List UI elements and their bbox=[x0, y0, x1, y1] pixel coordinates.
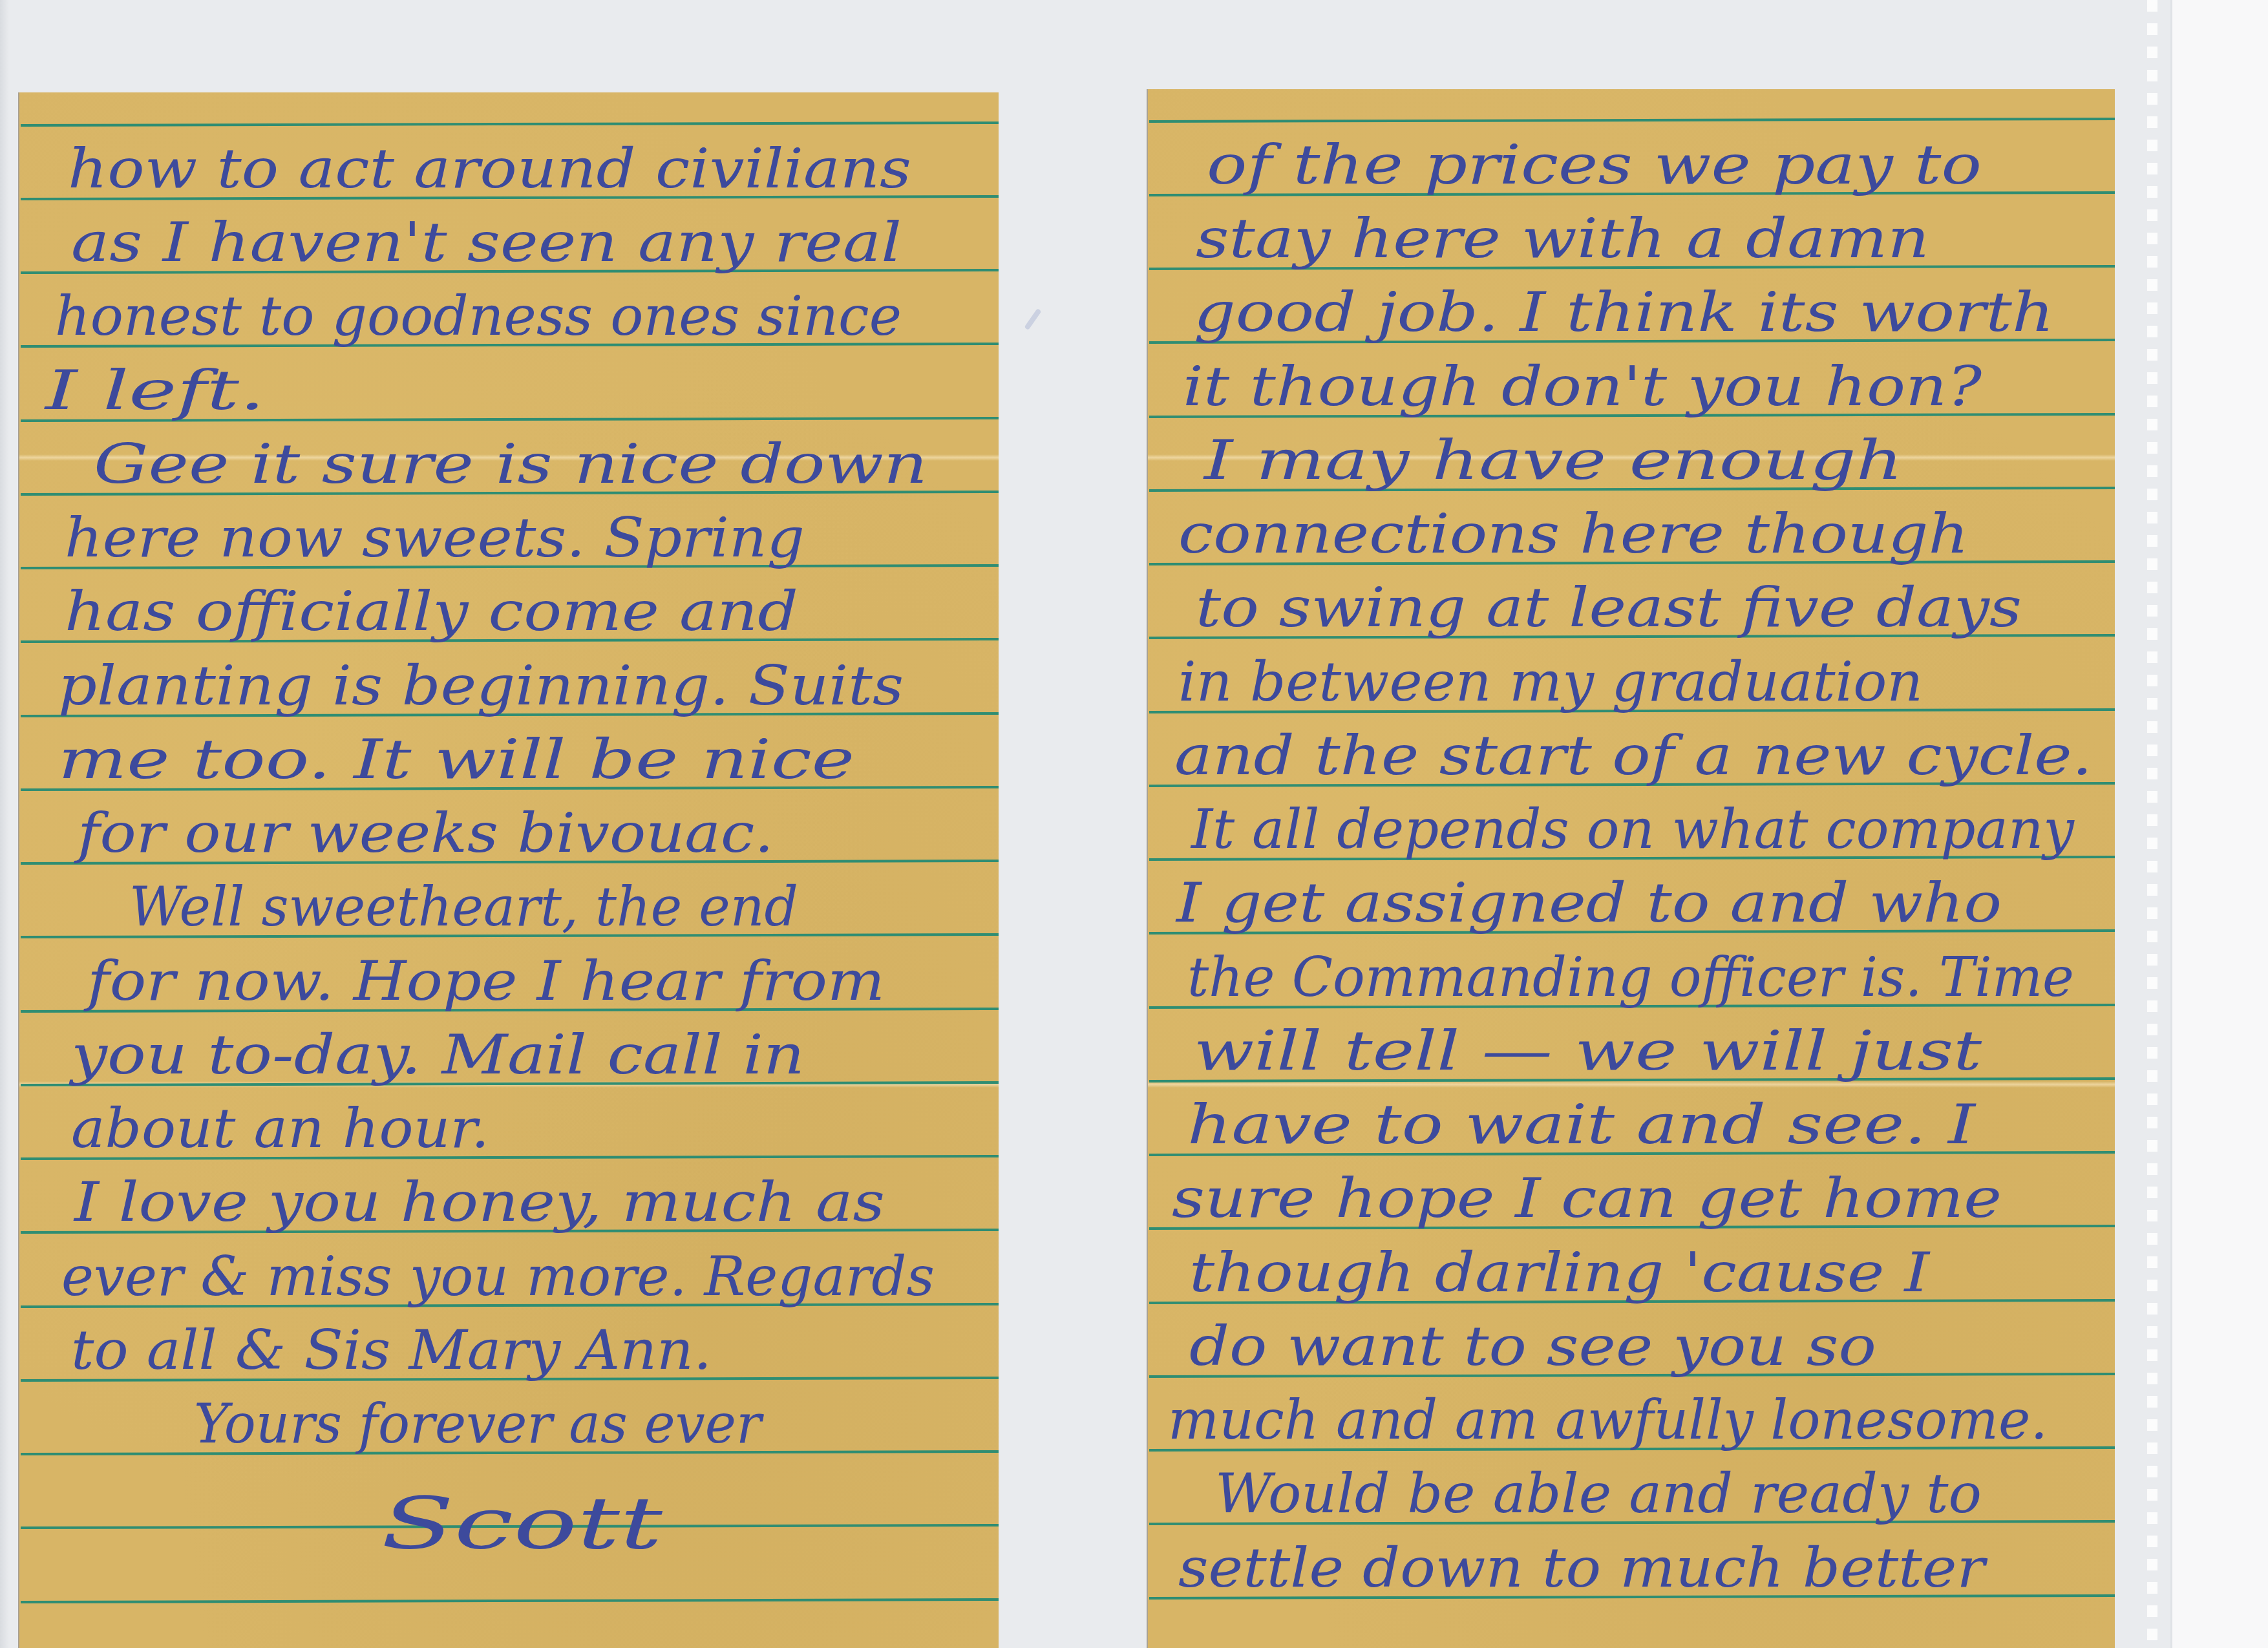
signature: Scott bbox=[381, 1482, 663, 1565]
letter-line: Gee it sure is nice down bbox=[94, 432, 927, 496]
letter-line: stay here with a damn bbox=[1196, 207, 1929, 270]
letter-line: the Commanding officer is. Time bbox=[1187, 945, 2074, 1009]
closing-line: Yours forever as ever bbox=[194, 1392, 765, 1455]
letter-line: ever & miss you more. Regards bbox=[61, 1245, 935, 1308]
letter-line: much and am awfully lonesome. bbox=[1168, 1388, 2048, 1452]
letter-line: in between my graduation bbox=[1178, 650, 1923, 713]
letter-line: Well sweetheart, the end bbox=[129, 875, 798, 938]
letter-line: as I haven't seen any real bbox=[71, 211, 902, 274]
left-page-text: how to act around civilians as I haven't… bbox=[43, 137, 935, 1565]
letter-line: it though don't you hon? bbox=[1183, 355, 1982, 418]
scanned-letter: how to act around civilians as I haven't… bbox=[0, 0, 2268, 1648]
letter-line: here now sweets. Spring bbox=[65, 506, 805, 569]
letter-line: I love you honey, much as bbox=[73, 1170, 885, 1234]
letter-line: planting is beginning. Suits bbox=[58, 654, 904, 717]
letter-line: have to wait and see. I bbox=[1187, 1093, 1977, 1156]
letter-line: sure hope I can get home bbox=[1172, 1167, 2002, 1230]
letter-line: to all & Sis Mary Ann. bbox=[71, 1318, 712, 1382]
ink-layer: how to act around civilians as I haven't… bbox=[0, 0, 2268, 1648]
right-page-text: of the prices we pay to stay here with a… bbox=[1168, 133, 2092, 1600]
letter-line: Would be able and ready to bbox=[1215, 1462, 1982, 1525]
letter-line: about an hour. bbox=[71, 1097, 489, 1160]
letter-line: I get assigned to and who bbox=[1175, 871, 2002, 935]
letter-line: good job. I think its worth bbox=[1194, 280, 2054, 344]
letter-line: me too. It will be nice bbox=[58, 728, 854, 791]
letter-line: and the start of a new cycle. bbox=[1174, 724, 2092, 787]
letter-line: for now. Hope I hear from bbox=[83, 949, 885, 1013]
letter-line: It all depends on what company bbox=[1190, 798, 2075, 861]
letter-line: of the prices we pay to bbox=[1207, 133, 1982, 196]
letter-line: do want to see you so bbox=[1189, 1315, 1876, 1378]
letter-line: connections here though bbox=[1178, 502, 1969, 565]
letter-line: I may have enough bbox=[1202, 428, 1903, 492]
letter-line: settle down to much better bbox=[1178, 1536, 1988, 1600]
letter-line: honest to goodness ones since bbox=[55, 284, 902, 348]
letter-line: has officially come and bbox=[65, 580, 798, 643]
letter-line: though darling 'cause I bbox=[1189, 1241, 1931, 1304]
letter-line: you to-day. Mail call in bbox=[68, 1023, 805, 1086]
letter-line: for our weeks bivouac. bbox=[73, 801, 774, 865]
letter-line: I left. bbox=[43, 359, 265, 422]
letter-line: to swing at least five days bbox=[1196, 576, 2022, 639]
letter-line: how to act around civilians bbox=[68, 137, 911, 200]
letter-line: will tell — we will just bbox=[1194, 1019, 1982, 1083]
